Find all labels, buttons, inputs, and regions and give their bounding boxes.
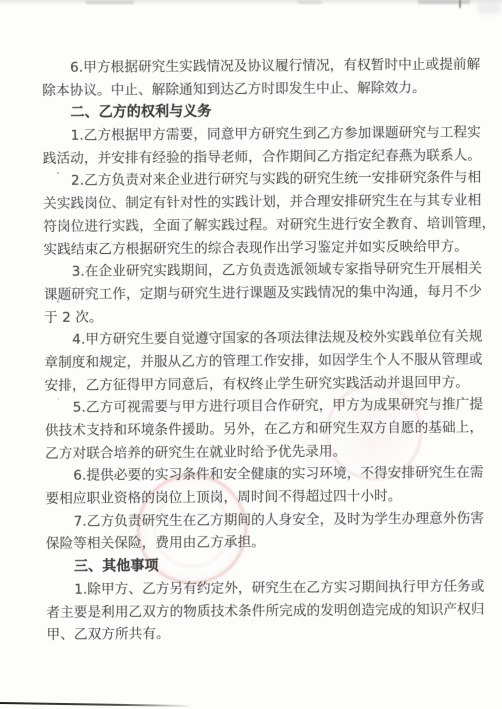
text-line: 6.提供必要的实习条件和安全健康的实习环境，不得安排研究生在需 (45, 462, 475, 488)
text-line: 甲、乙双方所共有。 (46, 621, 476, 647)
text-line: 7.乙方负责研究生在乙方期间的人身安全，及时为学生办理意外伤害 (46, 507, 476, 533)
text-line: 除本协议。中止、解除通知到达乙方时即发生中止、解除效力。 (42, 76, 472, 102)
text-line: 3.在企业研究实践期间，乙方负责选派领域专家指导研究生开展相关 (44, 258, 474, 284)
text-line: 5.乙方可视需要与甲方进行项目合作研究，甲方为成果研究与推广提 (45, 394, 475, 420)
text-line: 4.甲方研究生要自觉遵守国家的各项法律法规及校外实践单位有关规 (44, 326, 474, 352)
text-line: 乙方对联合培养的研究生在就业时给予优先录用。 (45, 439, 475, 465)
text-line: 供技术支持和环境条件援助。另外，在乙方和研究生双方自愿的基础上， (45, 417, 475, 443)
scan-smudge (478, 2, 500, 14)
text-line: 1.乙方根据甲方需要，同意甲方研究生到乙方参加课题研究与工程实 (43, 122, 473, 148)
text-line: 关实践岗位、制定有针对性的实践计划，并合理安排研究生在与其专业相 (43, 190, 473, 216)
text-line: 6.甲方根据研究生实践情况及协议履行情况，有权暂时中止或提前解 (42, 54, 472, 80)
scan-bottom-left-page-edge (0, 702, 192, 707)
text-line: 要相应职业资格的岗位上顶岗，周时间不得超过四十小时。 (45, 485, 475, 511)
section-heading: 二、乙方的权利与义务 (42, 99, 472, 125)
scan-smudge (418, 0, 470, 4)
scan-smudge (298, 1, 322, 4)
text-line: 2.乙方负责对来企业进行研究与实践的研究生统一安排研究条件与相 (43, 167, 473, 193)
text-line: 章制度和规定，并服从乙方的管理工作安排，如因学生个人不服从管理或 (44, 349, 474, 375)
scanned-page: 6.甲方根据研究生实践情况及协议履行情况，有权暂时中止或提前解除本协议。中止、解… (0, 0, 502, 709)
text-line: 1.除甲方、乙方另有约定外，研究生在乙方实习期间执行甲方任务或 (46, 575, 476, 601)
text-line: 践活动，并安排有经验的指导老师，合作期间乙方指定纪春燕为联系人。 (43, 144, 473, 170)
text-line: 实践结束乙方根据研究生的综合表现作出学习鉴定并如实反映给甲方。 (43, 235, 473, 261)
text-line: 课题研究工作，定期与研究生进行课题及实践情况的集中沟通，每月不少 (44, 280, 474, 306)
text-line: 于 2 次。 (44, 303, 474, 329)
scan-smudge (86, 1, 134, 4)
scan-mark (459, 0, 461, 8)
text-line: 符岗位进行实践，全面了解实践过程。对研究生进行安全教育、培训管理， (43, 212, 473, 238)
text-line: 安排，乙方征得甲方同意后，有权终止学生研究实践活动并退回甲方。 (44, 371, 474, 397)
section-heading: 三、其他事项 (46, 553, 476, 579)
document-text: 6.甲方根据研究生实践情况及协议履行情况，有权暂时中止或提前解除本协议。中止、解… (42, 54, 477, 647)
text-line: 者主要是利用乙双方的物质技术条件所完成的发明创造完成的知识产权归 (46, 598, 476, 624)
scan-top-edge-shadow (0, 0, 502, 5)
text-line: 保险等相关保险，费用由乙方承担。 (46, 530, 476, 556)
